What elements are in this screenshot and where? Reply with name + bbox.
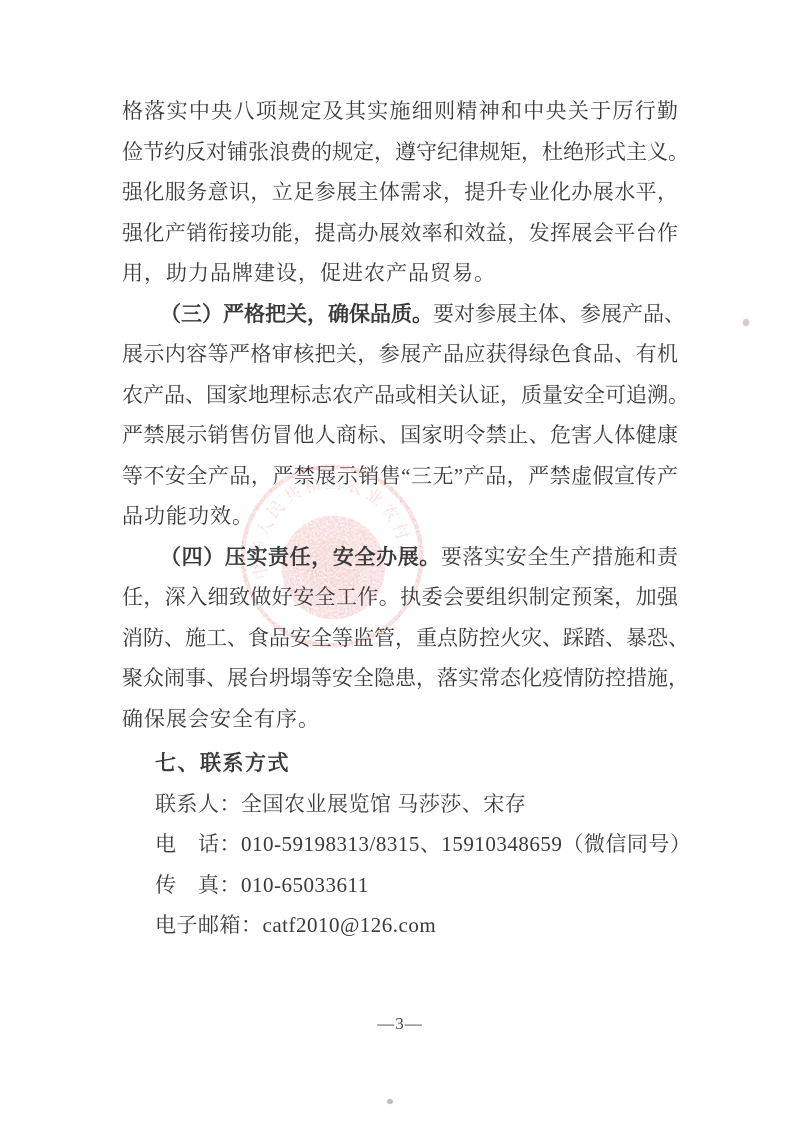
contact-fax-line: 传 真：010-65033611 bbox=[122, 865, 678, 906]
body-line: 任，深入细致做好安全工作。执委会要组织制定预案，加强 bbox=[122, 577, 678, 618]
section-4-lead: （四）压实责任，安全办展。 bbox=[160, 545, 441, 569]
body-line: 展示内容等严格审核把关，参展产品应获得绿色食品、有机 bbox=[122, 334, 678, 375]
body-line: 品功能功效。 bbox=[122, 496, 678, 537]
section-3-lead: （三）严格把关，确保品质。 bbox=[160, 302, 433, 326]
section-4-first-line: （四）压实责任，安全办展。要落实安全生产措施和责 bbox=[122, 537, 678, 578]
body-line: 农产品、国家地理标志农产品或相关认证，质量安全可追溯。 bbox=[122, 375, 678, 416]
body-line: 确保展会安全有序。 bbox=[122, 699, 678, 740]
body-line: 强化产销衔接功能，提高办展效率和效益，发挥展会平台作 bbox=[122, 213, 678, 254]
contact-email-line: 电子邮箱：catf2010@126.com bbox=[122, 905, 678, 946]
body-line: 格落实中央八项规定及其实施细则精神和中央关于厉行勤 bbox=[122, 91, 678, 132]
body-line: 严禁展示销售仿冒他人商标、国家明令禁止、危害人体健康 bbox=[122, 415, 678, 456]
body-line: 强化服务意识，立足参展主体需求，提升专业化办展水平， bbox=[122, 172, 678, 213]
document-body: 格落实中央八项规定及其实施细则精神和中央关于厉行勤 俭节约反对铺张浪费的规定，遵… bbox=[122, 91, 678, 946]
section-3-first-line: （三）严格把关，确保品质。要对参展主体、参展产品、 bbox=[122, 294, 678, 335]
body-line: 消防、施工、食品安全等监管，重点防控火灾、踩踏、暴恐、 bbox=[122, 618, 678, 659]
section-4-lead-rest: 要落实安全生产措施和责 bbox=[441, 545, 678, 569]
scanned-document-page: 中华人民共和国农业农村部 格落实中央八项规定及其实施细则精神和中央关于厉行勤 俭… bbox=[0, 0, 800, 1131]
body-line: 俭节约反对铺张浪费的规定，遵守纪律规矩，杜绝形式主义。 bbox=[122, 132, 678, 173]
contact-phone-line: 电 话：010-59198313/8315、15910348659（微信同号） bbox=[122, 824, 678, 865]
section-7-heading: 七、联系方式 bbox=[122, 743, 678, 784]
body-line: 等不安全产品，严禁展示销售“三无”产品，严禁虚假宣传产 bbox=[122, 456, 678, 497]
scan-speck bbox=[387, 1099, 393, 1104]
body-line: 聚众闹事、展台坍塌等安全隐患，落实常态化疫情防控措施， bbox=[122, 658, 678, 699]
contact-person-line: 联系人：全国农业展览馆 马莎莎、宋存 bbox=[122, 784, 678, 825]
page-number: —3— bbox=[0, 1014, 800, 1034]
section-3-lead-rest: 要对参展主体、参展产品、 bbox=[433, 302, 685, 326]
body-line: 用，助力品牌建设，促进农产品贸易。 bbox=[122, 253, 678, 294]
scan-speck bbox=[743, 319, 749, 326]
